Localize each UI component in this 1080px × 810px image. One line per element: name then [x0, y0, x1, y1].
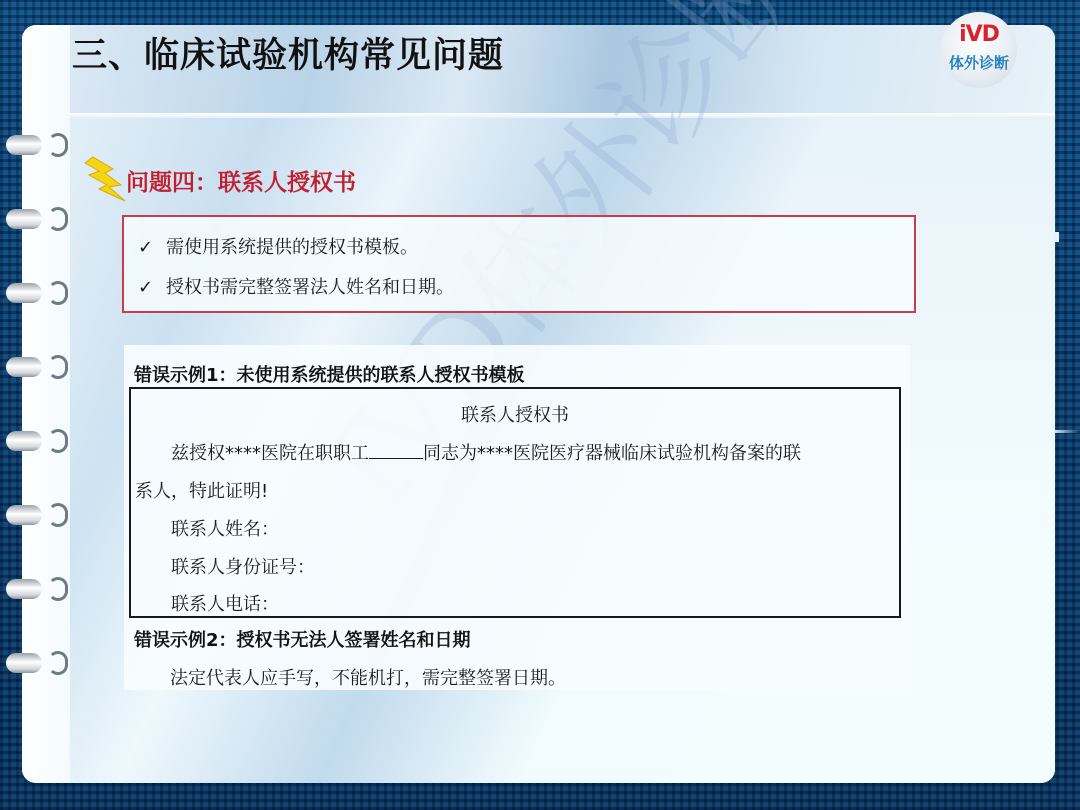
sample-authorization-letter: 联系人授权书 兹授权****医院在职职工同志为****医院医疗器械临床试验机构备… [129, 387, 901, 618]
binder-ring-icon [6, 577, 68, 601]
check-icon: ✓ [138, 277, 166, 298]
example-2-heading: 错误示例2：授权书无法人签署姓名和日期 [134, 626, 471, 652]
example-1-heading: 错误示例1：未使用系统提供的联系人授权书模板 [134, 361, 525, 387]
binder-ring-icon [6, 355, 68, 379]
requirement-item: ✓需使用系统提供的授权书模板。 [138, 233, 418, 259]
binder-ring-icon [6, 207, 68, 231]
binder-ring-icon [6, 503, 68, 527]
check-icon: ✓ [138, 237, 166, 258]
letter-body-part-a: 兹授权****医院在职职工 [171, 443, 369, 464]
requirement-text: 授权书需完整签署法人姓名和日期。 [166, 277, 454, 298]
ivd-logo: iVD 体外诊断 [941, 12, 1017, 88]
binder-ring-icon [6, 281, 68, 305]
edge-highlight [1055, 430, 1080, 433]
requirement-item: ✓授权书需完整签署法人姓名和日期。 [138, 273, 454, 299]
header-divider [70, 113, 1055, 118]
slide-title: 三、临床试验机构常见问题 [72, 28, 504, 78]
edge-highlight [1055, 232, 1059, 242]
binder-ring-icon [6, 429, 68, 453]
logo-text-ivd: iVD [941, 22, 1017, 47]
section-title: 问题四：联系人授权书 [126, 164, 356, 197]
binder-ring-icon [6, 133, 68, 157]
letter-field-id-number: 联系人身份证号： [171, 553, 315, 579]
requirements-box: ✓需使用系统提供的授权书模板。 ✓授权书需完整签署法人姓名和日期。 [122, 215, 916, 313]
blank-underline [369, 442, 423, 459]
lightning-icon [83, 155, 127, 203]
letter-field-phone: 联系人电话： [171, 590, 279, 616]
requirement-text: 需使用系统提供的授权书模板。 [166, 237, 418, 258]
binder-ring-icon [6, 651, 68, 675]
logo-text-cn: 体外诊断 [939, 52, 1019, 73]
example-2-note: 法定代表人应手写，不能机打，需完整签署日期。 [170, 664, 566, 690]
letter-title: 联系人授权书 [131, 401, 899, 427]
letter-body-line-1: 兹授权****医院在职职工同志为****医院医疗器械临床试验机构备案的联 [171, 439, 801, 465]
letter-body-part-b: 同志为****医院医疗器械临床试验机构备案的联 [423, 443, 801, 464]
letter-field-name: 联系人姓名： [171, 515, 279, 541]
letter-body-line-2: 系人，特此证明! [135, 477, 268, 503]
